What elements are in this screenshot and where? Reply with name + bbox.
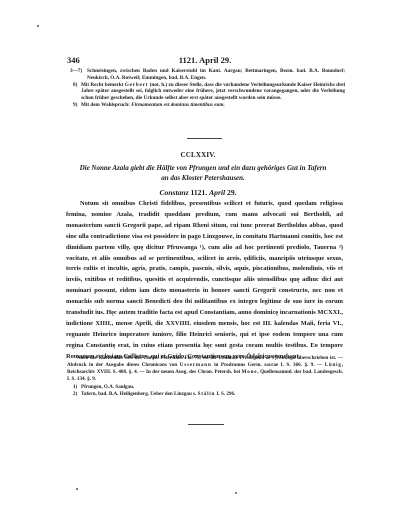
running-header: 346 1121. April 29.	[67, 55, 343, 65]
footnote-2: 2) Tafern, bad. B.A. Heiligenberg. Ueber…	[73, 391, 343, 398]
footnote-9: 9) Mit dem Wahlspruch: Firmamentum est d…	[73, 102, 345, 109]
section-divider	[187, 138, 222, 139]
scanned-book-page: 346 1121. April 29. 3—7) Schneisingen, z…	[0, 0, 396, 512]
footnotes: 1) Pfrungen, O.A. Saulgau. 2) Tafern, ba…	[73, 384, 343, 398]
scan-speck	[37, 25, 39, 27]
month: April	[209, 188, 225, 197]
scan-speck	[235, 492, 237, 494]
source-note: Nach der Karlsruher HS. des Chron. Peter…	[67, 355, 343, 383]
dateline: Constanz 1121. April 29.	[0, 188, 396, 197]
charter-text: Notum sit omnibus Christi fidelibus, pre…	[66, 199, 343, 363]
footnotes-continued: 3—7) Schneisingen, zwischen Baden und Ka…	[73, 68, 345, 109]
running-title: 1121. April 29.	[67, 55, 343, 65]
footnote-8: 8) Mit Recht bemerkt Gerbert (not. h.) z…	[73, 82, 345, 102]
author-name: Gerbert	[125, 82, 148, 88]
end-divider	[188, 424, 224, 425]
document-number: CCLXXIV.	[0, 151, 396, 159]
year: 1121.	[191, 188, 208, 197]
document-title: Die Nonne Azala giebt die Hälfte von Pfr…	[65, 163, 341, 183]
footnote-1: 1) Pfrungen, O.A. Saulgau.	[73, 384, 343, 391]
place: Constanz	[159, 188, 188, 197]
scan-speck	[76, 488, 78, 490]
footnote-3-7: 3—7) Schneisingen, zwischen Baden und Ka…	[73, 68, 345, 82]
day: 29.	[227, 188, 237, 197]
